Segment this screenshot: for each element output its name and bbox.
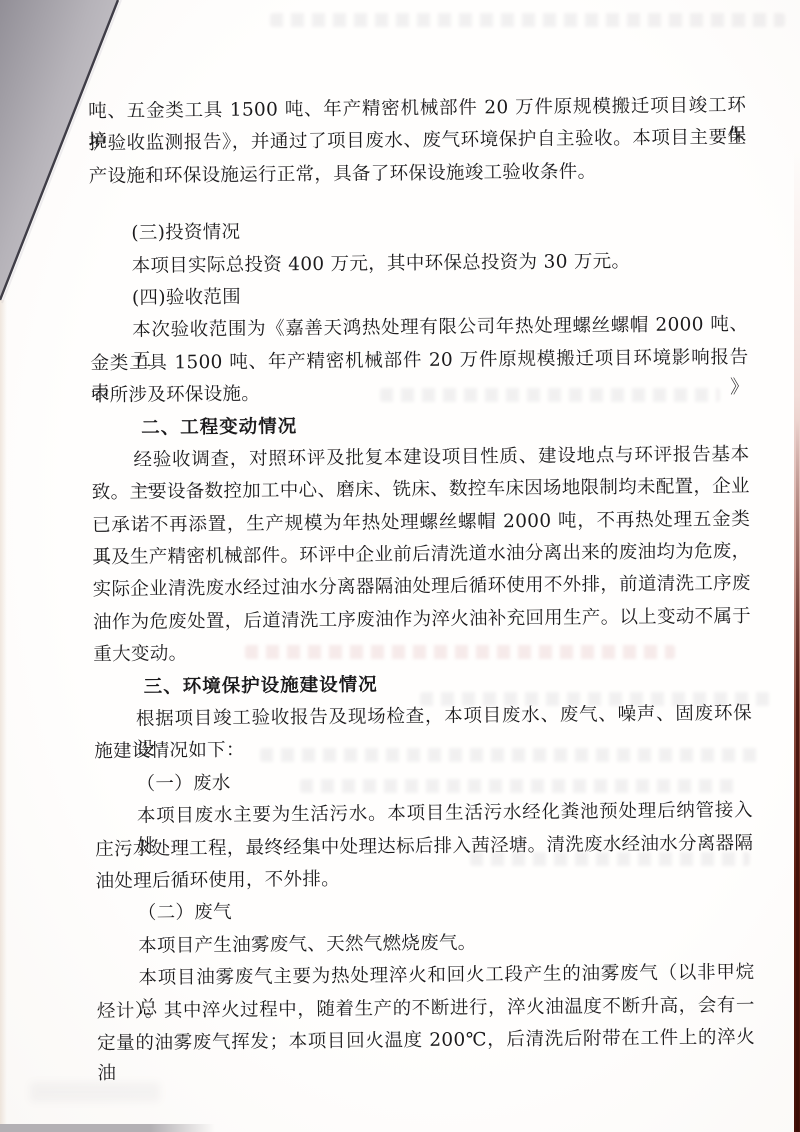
bleed-through-artifact [30, 1082, 160, 1102]
bleed-through-artifact [270, 13, 785, 27]
text-line: 产设施和环保设施运行正常，具备了环保设施竣工验收条件。 [89, 156, 747, 195]
text-line: 金类工具 1500 吨、年产精密机械部件 20 万件原规模搬迁项目环境影响报告表… [90, 343, 748, 382]
scan-edge-shadow [0, 1124, 215, 1132]
binding-edge-stain-core [796, 420, 799, 1132]
text-line: 定量的油雾废气挥发；本项目回火温度 200℃，后清洗后附带在工件上的淬火油 [97, 1023, 755, 1062]
document-text: 吨、五金类工具 1500 吨、年产精密机械部件 20 万件原规模搬迁项目竣工环境… [88, 91, 755, 1062]
scanned-page: 吨、五金类工具 1500 吨、年产精密机械部件 20 万件原规模搬迁项目竣工环境… [0, 0, 800, 1132]
paper-left-edge [0, 300, 7, 1132]
